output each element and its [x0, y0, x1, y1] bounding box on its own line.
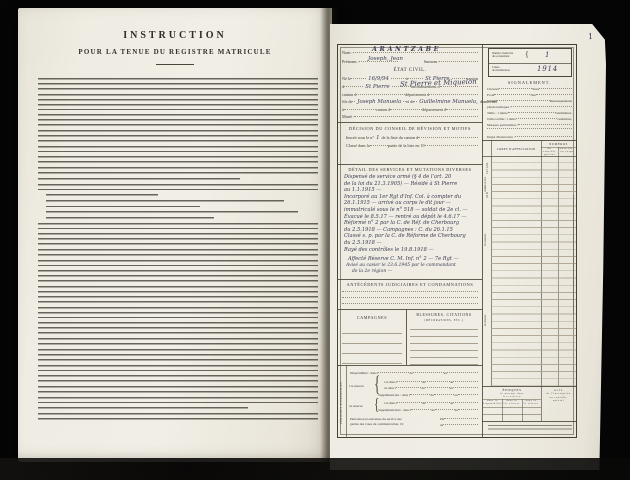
corps-affectation-header: CORPS D'AFFECTATION	[491, 147, 541, 151]
affectation-side-label: 1re réserve	[484, 220, 487, 260]
service-line: Classé s. p. par la C. de Réforme de Che…	[344, 234, 478, 239]
section-divider	[338, 279, 482, 280]
affectation-side-label: 2e réserve	[484, 300, 487, 340]
marques-line: Marques particulières :	[487, 123, 572, 127]
periodes-row: Supplémentaires : dans l du au	[378, 408, 478, 412]
rotated-margin-text-mark	[573, 195, 574, 315]
et-de-label: et de	[406, 99, 414, 104]
periodes-row: 1re dans l du au	[384, 401, 478, 405]
marques-label: Marques particulières :	[487, 123, 518, 127]
taille-label: Taille : 1 mètre	[487, 111, 508, 115]
epoques-subtitle: de passage dans	[483, 393, 541, 395]
blank-rule	[342, 304, 478, 305]
blank-rule	[342, 292, 478, 293]
page-number: 1	[587, 32, 594, 42]
affectation-ruled-rows	[491, 156, 576, 386]
fils-de-label: fils de	[342, 99, 352, 104]
taille-rectifiee-line: Taille rectifiée : 1 mètre centimètres.	[487, 117, 572, 121]
service-line: Réformé n° 2 par la C. de Réf. de Cherbo…	[344, 221, 478, 226]
periodes-row: 1re dans l du au	[384, 380, 478, 384]
epoques-col-divider	[502, 399, 503, 422]
epoques-col1-header: dans la disponibilité	[483, 400, 502, 406]
cheveux-label: Cheveux	[487, 87, 499, 91]
epoques-title: ÉPOQUES	[483, 388, 541, 392]
section-divider	[338, 122, 482, 123]
etat-civil-line: à canton d département d	[342, 107, 478, 112]
decision-line-2: Classé dans la partie de la liste en 19	[346, 143, 478, 148]
matricule-label-line2: du recrutement	[492, 55, 513, 58]
instruction-title: INSTRUCTION	[18, 30, 332, 41]
subheader-line: au corps	[559, 151, 576, 154]
epoques-row-divider	[483, 407, 541, 408]
epoques-col-line: disponibilité	[483, 403, 502, 406]
blessures-title: BLESSURES, CITATIONS	[406, 313, 482, 317]
matricule-box: Numéro matricule du recrutement { 1 Clas…	[488, 48, 572, 77]
signalement-line: Visage Renseignements	[487, 99, 572, 103]
periodes-note-au: au	[440, 423, 478, 427]
scanner-background	[0, 458, 630, 480]
service-line: de la loi du 21.3.1905) — Résidé à St Pi…	[344, 182, 478, 187]
periodes-row: Disponibilité : dans l du au	[350, 371, 478, 375]
marie-label: Marié :	[342, 114, 354, 119]
service-line: 26.1.1915 — arrivé au corps le dit jour …	[344, 201, 478, 206]
numeros-header: NUMÉROS	[541, 142, 576, 146]
r2-1-label: 1re dans l	[384, 401, 397, 405]
title-divider	[156, 64, 194, 65]
departement-d-label: département d	[422, 107, 446, 112]
service-line: immatriculé sous le n° 518 — soldat de 2…	[344, 208, 478, 213]
campagnes-ruled-lines	[342, 324, 402, 364]
liste-numero-value: 1	[376, 136, 379, 141]
canton-d-label: canton d	[376, 107, 390, 112]
periodes-note-line: Périodes non exécutées du service des	[350, 417, 402, 421]
centimetres-label: centimètres.	[557, 117, 572, 121]
physionomiques-label: physionomiques :	[487, 105, 511, 109]
signalement-line: Front Nez	[487, 93, 572, 97]
periodes-row: Supplémentaire : dans l du au	[378, 393, 478, 397]
etat-civil-title: ÉTAT CIVIL.	[338, 68, 482, 73]
periodes-side-divider	[346, 365, 347, 437]
prenoms-line: Prénoms : Surnom :	[342, 59, 478, 64]
inscrit-label: Inscrit sous le n°	[346, 135, 374, 140]
r1-1-label: 1re dans l	[384, 380, 397, 384]
service-line: Dispensé de service armé (§ 4 de l'art. …	[344, 175, 478, 180]
centimetres-label: centimètres.	[556, 111, 572, 115]
front-label: Front	[487, 93, 494, 97]
epoques-col2-header: dans la 1re réserve	[502, 400, 521, 406]
service-line: Rayé des contrôles le 19.8.1918 —	[344, 248, 478, 253]
ne-le-label: Né le	[342, 76, 351, 81]
campagnes-divider	[406, 309, 407, 365]
renseignements-label: Renseignements	[550, 99, 572, 103]
r1-3-label: Supplémentaire : dans l	[378, 393, 410, 397]
surnom-label: Surnom :	[424, 59, 439, 64]
antecedents-title: ANTÉCÉDENTS JUDICIAIRES ET CONDAMNATIONS	[338, 282, 482, 287]
epoques-subtitle: les réserves	[483, 396, 541, 398]
reserve2-group-label: 2e réserve	[349, 404, 363, 408]
birth-date-value: 16/9/94	[368, 77, 389, 82]
footnote-text-greeked	[488, 425, 572, 432]
section-divider	[338, 309, 482, 310]
residence-value: St Pierre	[365, 85, 389, 90]
degre-label: Degré d'instruction :	[487, 135, 515, 139]
campagnes-title: CAMPAGNES	[338, 315, 406, 320]
periodes-note-line: gardes des voies de communication, 19	[350, 422, 403, 426]
nom-value: ARANTZABE	[372, 45, 441, 53]
brace-glyph: {	[525, 50, 529, 59]
departement-d-label: département d	[405, 92, 429, 97]
liste-canton-label: de la liste du canton d	[382, 135, 419, 140]
matricule-form-page: 1 Nom : ARANTZABE Prénoms : Surnom : Jos…	[330, 24, 606, 470]
epoques-col-divider	[522, 399, 523, 422]
degre-instruction-line: Degré d'instruction :	[487, 135, 572, 139]
blank-rule	[342, 298, 478, 299]
affectation-side-note: 1er Col.	[485, 158, 489, 178]
nom-label: Nom :	[342, 50, 353, 55]
instruction-page: INSTRUCTION POUR LA TENUE DU REGISTRE MA…	[18, 8, 332, 462]
epoques-col-line: 1re réserve	[502, 403, 521, 406]
parents-line: fils de Joseph Manuela et de Guillelmine…	[342, 99, 478, 105]
taille-line: Taille : 1 mètre centimètres.	[487, 111, 572, 115]
blank-rule	[487, 129, 572, 130]
instruction-body-text	[38, 78, 318, 424]
periodes-note-du: Du	[440, 417, 478, 421]
marie-line: Marié :	[342, 114, 478, 119]
section-divider	[338, 365, 482, 366]
periodes-side-label: PÉRIODES D'EXERCICES	[339, 375, 343, 430]
blessures-subtitle: (DÉCORATIONS, ETC.)	[406, 319, 482, 322]
services-title: DÉTAIL DES SERVICES ET MUTATIONS DIVERSE…	[338, 167, 482, 172]
matricule-label: Numéro matricule du recrutement	[492, 52, 513, 59]
prenoms-value: Joseph, Jean	[368, 56, 403, 62]
prenoms-label: Prénoms :	[342, 59, 359, 64]
epoques-row-divider	[483, 414, 541, 415]
visage-label: Visage	[487, 99, 496, 103]
classe-partie-label: Classé dans la	[346, 143, 370, 148]
decision-line-1: Inscrit sous le n° 1 de la liste du cant…	[346, 135, 478, 141]
service-footer-line: de la 2e région —	[352, 270, 486, 275]
signalement-title: SIGNALEMENT.	[483, 80, 576, 85]
epoques-col3-header: dans la 2e réserve	[522, 400, 541, 406]
taille-rectifiee-label: Taille rectifiée : 1 mètre	[487, 117, 516, 121]
service-line: Évacué le 8.5.17 — rentré au dépôt le 4.…	[344, 215, 478, 220]
r1-2-label: 2e dans l	[384, 386, 396, 390]
form-frame: Nom : ARANTZABE Prénoms : Surnom : Josep…	[337, 44, 577, 438]
date-cell-line: spécial	[542, 399, 575, 402]
epoques-top	[482, 386, 576, 387]
blessures-ruled-lines	[410, 323, 478, 365]
service-line: au 1.1.1915 —	[344, 188, 478, 193]
classe-value: 1914	[537, 65, 558, 73]
date-controle-special-cell: DATE de l'inscription au contrôle spécia…	[542, 389, 575, 403]
mother-name-value: Guillelmine Manuela,	[419, 100, 478, 105]
reserve1-group-label: 1re réserve	[349, 384, 364, 388]
epoques-col-line: 2e réserve	[522, 403, 541, 406]
canton-d-label: canton d	[342, 92, 356, 97]
etat-civil-line: canton d département d	[342, 92, 478, 97]
matricule-box-divider	[489, 63, 571, 64]
father-name-value: Joseph Manuela	[357, 100, 401, 105]
matricule-corps-subheader: matricule au corps	[559, 148, 576, 154]
section-divider	[338, 164, 482, 165]
decision-title: DÉCISION DU CONSEIL DE RÉVISION ET MOTIF…	[338, 126, 482, 131]
instruction-subtitle: POUR LA TENUE DU REGISTRE MATRICULE	[18, 48, 332, 56]
signalement-line: physionomiques :	[487, 105, 572, 109]
service-footer-line: Affecté Réserve C. M. Inf. n° 2 — 7e Rgt…	[348, 257, 482, 262]
r2-2-label: Supplémentaires : dans l	[378, 408, 411, 412]
service-footer-line: Avisé au casier le 23.6.1945 par le comm…	[346, 264, 480, 269]
epoques-bottom	[482, 421, 576, 422]
matricule-number-value: 1	[545, 51, 549, 59]
classe-label: Classe de mobilisation	[492, 66, 510, 73]
classe-label-line2: de mobilisation	[492, 69, 510, 72]
service-line: du 2.5.1918 —	[344, 241, 478, 246]
periodes-row: 2e dans l du au	[384, 386, 478, 390]
scanned-register-spread: INSTRUCTION POUR LA TENUE DU REGISTRE MA…	[0, 0, 630, 480]
affectation-side-note: 518	[485, 185, 489, 205]
signalement-line: Cheveux Yeux	[487, 87, 572, 91]
partie-liste-label: partie de la liste en 19	[388, 143, 425, 148]
yeux-label: Yeux	[532, 87, 539, 91]
